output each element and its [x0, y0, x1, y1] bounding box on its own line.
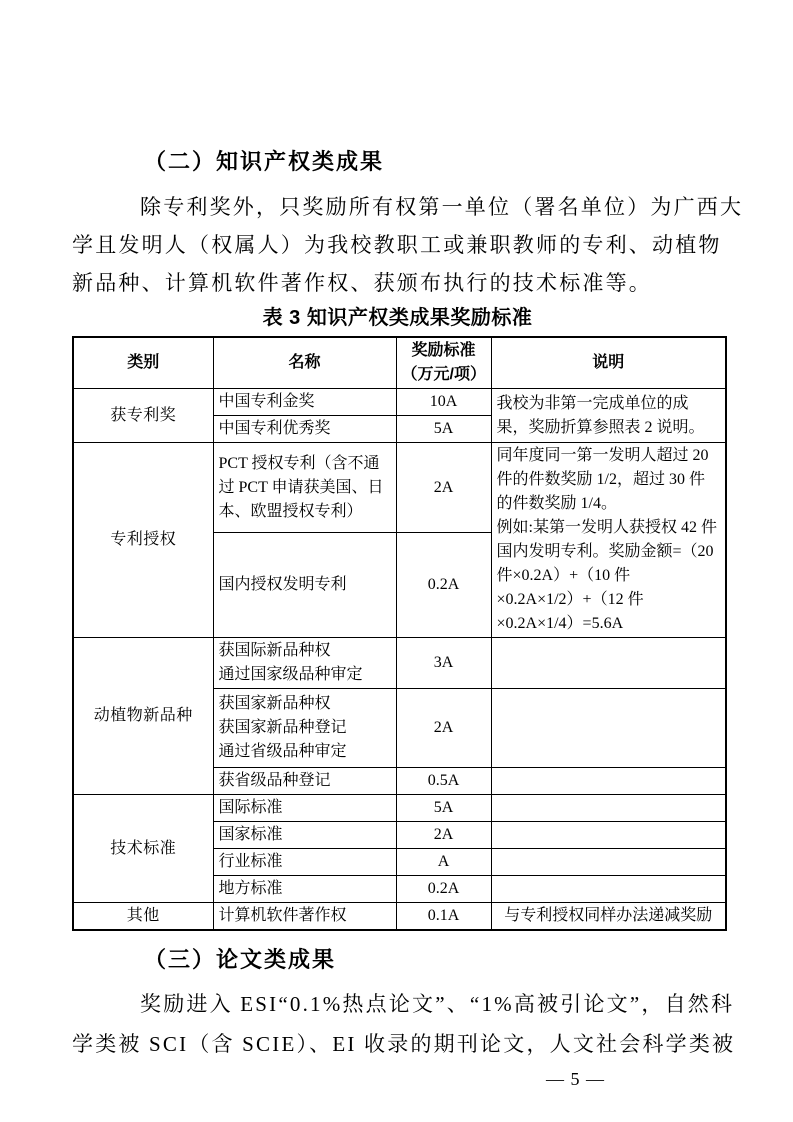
- paragraph-ip: 除专利奖外，只奖励所有权第一单位（署名单位）为广西大 学且发明人（权属人）为我校…: [72, 188, 723, 302]
- header-name: 名称: [213, 337, 396, 389]
- name-cell: 地方标准: [213, 876, 396, 903]
- category-cell: 获专利奖: [73, 389, 213, 443]
- paragraph-line: 新品种、计算机软件著作权、获颁布执行的技术标准等。: [72, 264, 723, 302]
- value-cell: 5A: [396, 416, 491, 443]
- name-cell: 获省级品种登记: [213, 768, 396, 795]
- section-heading-paper: （三）论文类成果: [72, 947, 723, 973]
- note-cell: 同年度同一第一发明人超过 20 件的件数奖励 1/2，超过 30 件的件数奖励 …: [491, 443, 726, 638]
- value-cell: 2A: [396, 822, 491, 849]
- value-cell: 0.2A: [396, 876, 491, 903]
- page-number: — 5 —: [72, 1066, 723, 1092]
- name-cell: 国内授权发明专利: [213, 533, 396, 638]
- paragraph-line: 学类被 SCI（含 SCIE）、EI 收录的期刊论文，人文社会科学类被: [72, 1024, 723, 1064]
- note-cell: [491, 876, 726, 903]
- category-cell: 技术标准: [73, 795, 213, 903]
- paragraph-line: 学且发明人（权属人）为我校教职工或兼职教师的专利、动植物: [72, 226, 723, 264]
- value-cell: 0.1A: [396, 903, 491, 931]
- paragraph-line: 除专利奖外，只奖励所有权第一单位（署名单位）为广西大: [72, 188, 723, 226]
- value-cell: 2A: [396, 689, 491, 768]
- name-cell: 获国家新品种权 获国家新品种登记 通过省级品种审定: [213, 689, 396, 768]
- name-cell: 行业标准: [213, 849, 396, 876]
- table-row: 动植物新品种 获国际新品种权 通过国家级品种审定 3A: [73, 638, 726, 689]
- value-cell: 2A: [396, 443, 491, 533]
- section-heading-ip: （二）知识产权类成果: [72, 149, 723, 175]
- value-cell: 5A: [396, 795, 491, 822]
- note-cell: [491, 849, 726, 876]
- table-row: 获专利奖 中国专利金奖 10A 我校为非第一完成单位的成果，奖励折算参照表 2 …: [73, 389, 726, 416]
- note-cell: [491, 638, 726, 689]
- document-page: （二）知识产权类成果 除专利奖外，只奖励所有权第一单位（署名单位）为广西大 学且…: [0, 0, 793, 1122]
- table-title: 表 3 知识产权类成果奖励标准: [72, 306, 723, 330]
- header-standard: 奖励标准 （万元/项）: [396, 337, 491, 389]
- table-row: 其他 计算机软件著作权 0.1A 与专利授权同样办法递减奖励: [73, 903, 726, 931]
- category-cell: 专利授权: [73, 443, 213, 638]
- paragraph-paper: 奖励进入 ESI“0.1%热点论文”、“1%高被引论文”，自然科 学类被 SCI…: [72, 984, 723, 1064]
- table-row: 专利授权 PCT 授权专利（含不通过 PCT 申请获美国、日本、欧盟授权专利） …: [73, 443, 726, 533]
- name-cell: 获国际新品种权 通过国家级品种审定: [213, 638, 396, 689]
- name-cell: 国家标准: [213, 822, 396, 849]
- value-cell: 0.5A: [396, 768, 491, 795]
- award-standard-table: 类别 名称 奖励标准 （万元/项） 说明 获专利奖 中国专利金奖 10A 我校为…: [72, 336, 727, 931]
- name-cell: PCT 授权专利（含不通过 PCT 申请获美国、日本、欧盟授权专利）: [213, 443, 396, 533]
- note-cell: [491, 795, 726, 822]
- category-cell: 其他: [73, 903, 213, 931]
- table-header-row: 类别 名称 奖励标准 （万元/项） 说明: [73, 337, 726, 389]
- note-cell: [491, 768, 726, 795]
- note-cell: 与专利授权同样办法递减奖励: [491, 903, 726, 931]
- value-cell: A: [396, 849, 491, 876]
- table-row: 技术标准 国际标准 5A: [73, 795, 726, 822]
- note-cell: [491, 822, 726, 849]
- name-cell: 计算机软件著作权: [213, 903, 396, 931]
- value-cell: 10A: [396, 389, 491, 416]
- value-cell: 3A: [396, 638, 491, 689]
- paragraph-line: 奖励进入 ESI“0.1%热点论文”、“1%高被引论文”，自然科: [72, 984, 723, 1024]
- value-cell: 0.2A: [396, 533, 491, 638]
- note-cell: [491, 689, 726, 768]
- category-cell: 动植物新品种: [73, 638, 213, 795]
- header-note: 说明: [491, 337, 726, 389]
- name-cell: 中国专利优秀奖: [213, 416, 396, 443]
- page-content: （二）知识产权类成果 除专利奖外，只奖励所有权第一单位（署名单位）为广西大 学且…: [72, 0, 723, 1092]
- name-cell: 国际标准: [213, 795, 396, 822]
- header-category: 类别: [73, 337, 213, 389]
- name-cell: 中国专利金奖: [213, 389, 396, 416]
- note-cell: 我校为非第一完成单位的成果，奖励折算参照表 2 说明。: [491, 389, 726, 443]
